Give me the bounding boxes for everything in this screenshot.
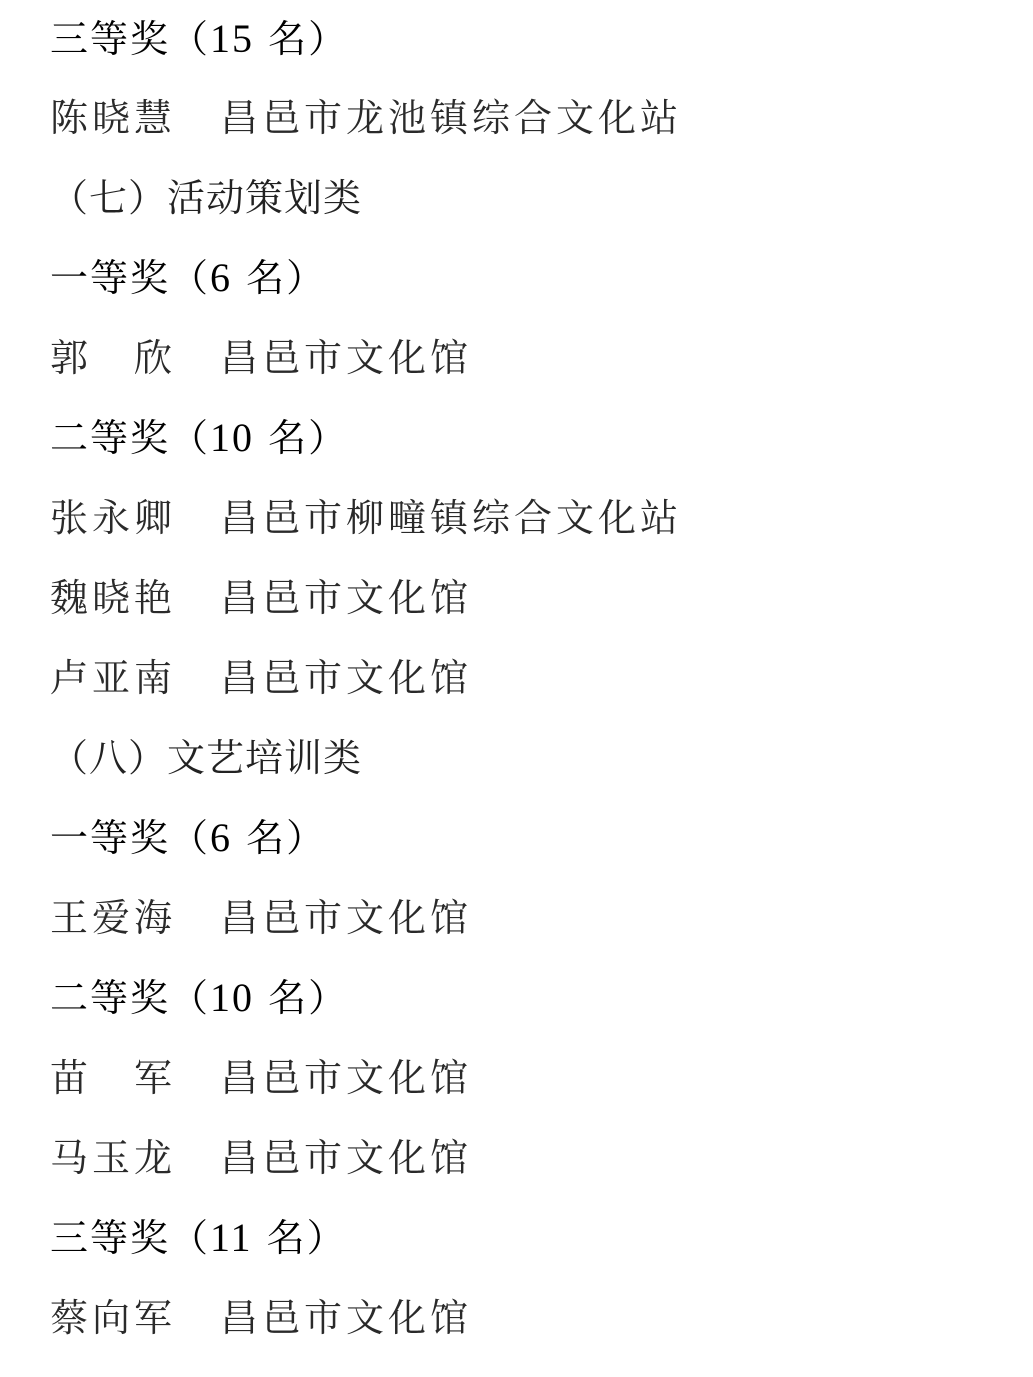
award-heading-third-prize: 三等奖（11 名） bbox=[50, 1198, 1010, 1278]
winner-organization: 昌邑市文化馆 bbox=[220, 1278, 472, 1358]
award-count: 11 bbox=[210, 1198, 253, 1278]
award-count: 6 bbox=[210, 798, 232, 878]
winner-organization: 昌邑市文化馆 bbox=[220, 1038, 472, 1118]
winner-organization: 昌邑市柳疃镇综合文化站 bbox=[220, 478, 682, 558]
winner-name-surname: 郭 bbox=[50, 318, 134, 398]
award-suffix: 名） bbox=[232, 798, 326, 878]
winner-name-given: 军 bbox=[134, 1038, 218, 1118]
winner-entry: 郭欣 昌邑市文化馆 bbox=[50, 318, 1010, 398]
award-count: 15 bbox=[210, 0, 254, 78]
winner-entry: 魏晓艳 昌邑市文化馆 bbox=[50, 558, 1010, 638]
award-suffix: 名） bbox=[254, 398, 348, 478]
award-suffix: 名） bbox=[253, 1198, 347, 1278]
winner-organization: 昌邑市文化馆 bbox=[220, 318, 472, 398]
winner-entry: 蔡向军 昌邑市文化馆 bbox=[50, 1278, 1010, 1358]
winner-name: 卢亚南 bbox=[50, 638, 220, 718]
award-prefix: 二等奖（ bbox=[50, 398, 210, 478]
winner-name: 苗军 bbox=[50, 1038, 220, 1118]
winner-organization: 昌邑市龙池镇综合文化站 bbox=[220, 78, 682, 158]
award-count: 10 bbox=[210, 958, 254, 1038]
award-count: 10 bbox=[210, 398, 254, 478]
award-heading-first-prize: 一等奖（6 名） bbox=[50, 798, 1010, 878]
winner-organization: 昌邑市文化馆 bbox=[220, 558, 472, 638]
winner-organization: 昌邑市文化馆 bbox=[220, 1118, 472, 1198]
winner-name: 王爱海 bbox=[50, 878, 220, 958]
winner-entry: 苗军 昌邑市文化馆 bbox=[50, 1038, 1010, 1118]
award-prefix: 二等奖（ bbox=[50, 958, 210, 1038]
winner-entry: 马玉龙 昌邑市文化馆 bbox=[50, 1118, 1010, 1198]
award-prefix: 一等奖（ bbox=[50, 798, 210, 878]
winner-name: 张永卿 bbox=[50, 478, 220, 558]
winner-entry: 陈晓慧 昌邑市龙池镇综合文化站 bbox=[50, 78, 1010, 158]
award-heading-second-prize: 二等奖（10 名） bbox=[50, 398, 1010, 478]
winner-organization: 昌邑市文化馆 bbox=[220, 878, 472, 958]
category-heading-arts-training: （八）文艺培训类 bbox=[50, 718, 1010, 798]
winner-entry: 张永卿 昌邑市柳疃镇综合文化站 bbox=[50, 478, 1010, 558]
winner-entry: 卢亚南 昌邑市文化馆 bbox=[50, 638, 1010, 718]
winner-organization: 昌邑市文化馆 bbox=[220, 638, 472, 718]
award-heading-third-prize: 三等奖（15 名） bbox=[50, 0, 1010, 78]
award-suffix: 名） bbox=[254, 0, 348, 78]
winner-entry: 王爱海 昌邑市文化馆 bbox=[50, 878, 1010, 958]
award-count: 6 bbox=[210, 238, 232, 318]
award-prefix: 三等奖（ bbox=[50, 1198, 210, 1278]
award-prefix: 一等奖（ bbox=[50, 238, 210, 318]
category-heading-event-planning: （七）活动策划类 bbox=[50, 158, 1010, 238]
winner-name: 郭欣 bbox=[50, 318, 220, 398]
award-prefix: 三等奖（ bbox=[50, 0, 210, 78]
winner-name: 陈晓慧 bbox=[50, 78, 220, 158]
award-heading-second-prize: 二等奖（10 名） bbox=[50, 958, 1010, 1038]
category-title: （八）文艺培训类 bbox=[50, 718, 362, 798]
award-suffix: 名） bbox=[254, 958, 348, 1038]
winner-name: 马玉龙 bbox=[50, 1118, 220, 1198]
award-suffix: 名） bbox=[232, 238, 326, 318]
award-list-document: 三等奖（15 名） 陈晓慧 昌邑市龙池镇综合文化站 （七）活动策划类 一等奖（6… bbox=[50, 0, 1010, 1358]
category-title: （七）活动策划类 bbox=[50, 158, 362, 238]
winner-name: 魏晓艳 bbox=[50, 558, 220, 638]
winner-name-given: 欣 bbox=[134, 318, 218, 398]
winner-name: 蔡向军 bbox=[50, 1278, 220, 1358]
winner-name-surname: 苗 bbox=[50, 1038, 134, 1118]
award-heading-first-prize: 一等奖（6 名） bbox=[50, 238, 1010, 318]
